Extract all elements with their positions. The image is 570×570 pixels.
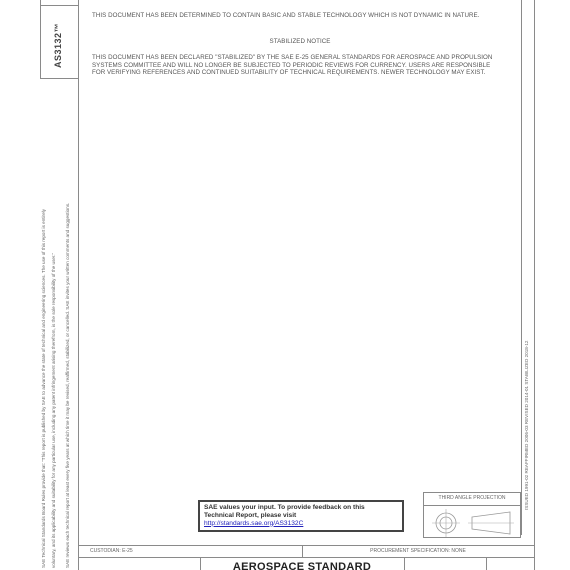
left-margin-text-3: SAE reviews each technical report at lea… [65,203,70,568]
doc-number-box-top [40,5,78,6]
stabilized-paragraph: THIS DOCUMENT HAS BEEN DECLARED "STABILI… [92,54,504,77]
footer-divider-2 [78,557,534,558]
revision-history: ISSUED 1991-02 REAFFIRMED 2006-03 REVISE… [524,341,529,510]
top-heading: RATIONALE [80,0,520,3]
feedback-line-2: Technical Report, please visit [204,512,398,520]
projection-box: THIRD ANGLE PROJECTION [423,492,521,538]
footer-col-divider-4 [486,557,487,570]
doc-number: AS3132™ [53,23,63,68]
projection-label: THIRD ANGLE PROJECTION [424,493,520,506]
feedback-link[interactable]: http://standards.sae.org/AS3132C [204,520,303,527]
third-angle-projection-icon [424,506,520,540]
footer-title: AEROSPACE STANDARD [200,561,404,570]
rationale-paragraph: THIS DOCUMENT HAS BEEN DETERMINED TO CON… [92,12,492,20]
feedback-line-1: SAE values your input. To provide feedba… [204,504,398,512]
doc-number-box-bottom [40,78,78,79]
frame-right-inner [521,0,522,535]
feedback-box: SAE values your input. To provide feedba… [198,500,404,532]
stabilized-heading: STABILIZED NOTICE [80,38,520,46]
frame-left-outer [78,0,79,570]
left-margin-divider [40,0,41,78]
left-margin-text-2: voluntary, and its applicability and sui… [51,253,56,568]
left-margin-text-1: SAE Technical Standards Board Rules prov… [41,209,46,568]
procurement-spec: PROCUREMENT SPECIFICATION: NONE [302,548,534,554]
frame-right-outer [534,0,535,570]
footer-divider-1 [78,545,534,546]
custodian: CUSTODIAN: E-25 [90,548,133,554]
footer-col-divider-3 [404,557,405,570]
